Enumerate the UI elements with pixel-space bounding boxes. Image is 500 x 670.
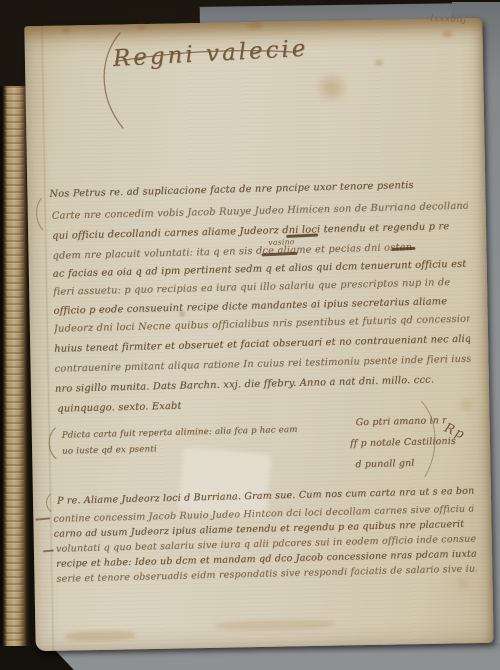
interlinear-insertion: vasino	[268, 237, 295, 247]
paper-repair-patch	[178, 447, 271, 518]
manuscript-photograph: lxxxbiij Regni valecie Nos Petrus re. ad…	[0, 0, 500, 670]
manuscript-page: lxxxbiij Regni valecie Nos Petrus re. ad…	[24, 18, 493, 651]
folio-number: lxxxbiij	[430, 14, 467, 25]
page-leaves-texture	[4, 86, 24, 646]
chancery-note-line: d punall gnl	[355, 458, 414, 470]
chancery-note-line: Go ptri amano in r	[355, 415, 446, 428]
